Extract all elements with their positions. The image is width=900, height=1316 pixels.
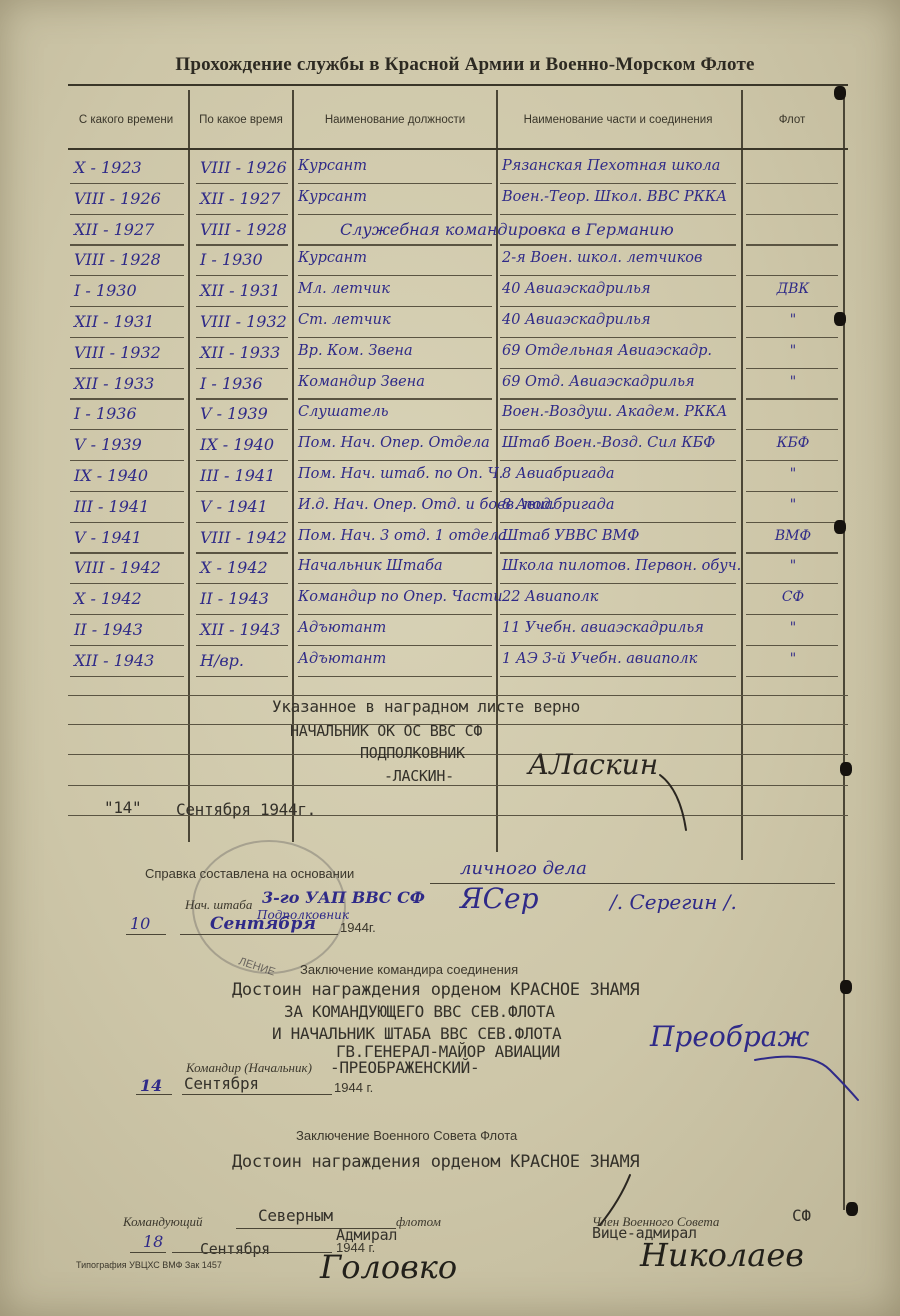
underline (180, 934, 338, 935)
fleet-commander-label: Командующий (123, 1214, 203, 1230)
cell-unit: Воен.-Теор. Школ. ВВС РККА (502, 189, 727, 205)
cell-fleet: " (758, 651, 828, 667)
cell-from: X - 1942 (74, 589, 142, 608)
laskin-signature: АЛаскин (528, 748, 658, 781)
award-sheet-page: Прохождение службы в Красной Армии и Вое… (0, 0, 900, 1316)
column-divider (188, 90, 190, 842)
admiral-signature: Головко (320, 1248, 457, 1286)
row-rule (70, 214, 184, 215)
printer-imprint: Типография УВЦХС ВМФ Зак 1457 (76, 1260, 222, 1270)
cell-unit: Рязанская Пехотная школа (502, 158, 720, 174)
row-rule (500, 429, 736, 430)
cell-unit: 40 Авиаэскадрилья (502, 281, 651, 297)
cell-from: VIII - 1926 (74, 189, 161, 208)
vice-admiral-signature: Николаев (640, 1236, 804, 1274)
commander-date-month: Сентября (184, 1074, 259, 1093)
cell-from: V - 1939 (74, 435, 142, 454)
cell-position: Пом. Нач. 3 отд. 1 отдела (298, 528, 507, 544)
underline (126, 934, 166, 935)
fleet-suffix: флотом (396, 1214, 441, 1230)
cell-to: I - 1936 (200, 374, 263, 393)
row-rule (70, 429, 184, 430)
cell-position: Адъютант (298, 651, 386, 667)
row-rule (196, 583, 288, 584)
row-rule (298, 244, 492, 245)
cell-unit: 69 Отд. Авиаэскадрилья (502, 374, 695, 390)
row-rule (298, 460, 492, 461)
row-rule (746, 460, 838, 461)
row-rule (70, 583, 184, 584)
cell-unit: 11 Учебн. авиаэскадрилья (502, 620, 704, 636)
cell-fleet: ДВК (758, 281, 828, 297)
cell-to: V - 1939 (200, 404, 268, 423)
header-unit: Наименование части и соединения (500, 100, 736, 140)
header-position: Наименование должности (300, 100, 490, 140)
commander-conclusion-line: Достоин награждения орденом КРАСНОЕ ЗНАМ… (232, 980, 639, 1000)
certification-date: Сентября 1944г. (176, 800, 316, 819)
cell-to: XII - 1931 (200, 281, 280, 300)
cell-fleet: " (758, 497, 828, 513)
cell-from: XII - 1933 (74, 374, 154, 393)
row-rule (298, 183, 492, 184)
punch-hole (834, 520, 846, 534)
blank-rule (68, 785, 848, 786)
row-rule (70, 614, 184, 615)
row-rule (500, 244, 736, 245)
cell-to: XII - 1943 (200, 620, 280, 639)
council-member-fleet: СФ (792, 1206, 811, 1225)
row-rule (746, 214, 838, 215)
cell-from: I - 1936 (74, 404, 137, 423)
council-conclusion-label: Заключение Военного Совета Флота (296, 1128, 517, 1143)
row-rule (70, 552, 184, 553)
cell-position: Мл. летчик (298, 281, 390, 297)
row-rule (500, 676, 736, 677)
cell-from: III - 1941 (74, 497, 149, 516)
row-rule (746, 552, 838, 553)
row-rule (196, 645, 288, 646)
row-rule (746, 275, 838, 276)
row-rule (298, 429, 492, 430)
row-rule (298, 306, 492, 307)
cell-to: X - 1942 (200, 558, 268, 577)
commander-name: -ПРЕОБРАЖЕНСКИЙ- (330, 1058, 479, 1077)
row-rule (500, 491, 736, 492)
cell-from: XII - 1931 (74, 312, 154, 331)
row-rule (196, 368, 288, 369)
row-rule (298, 368, 492, 369)
commander-conclusion-label: Заключение командира соединения (300, 962, 518, 977)
row-rule (196, 491, 288, 492)
row-rule (298, 552, 492, 553)
certification-rank: ПОДПОЛКОВНИК (360, 744, 465, 762)
underline (136, 1094, 172, 1095)
fleet-name: Северным (258, 1206, 333, 1225)
row-rule (746, 368, 838, 369)
row-rule (70, 676, 184, 677)
signature-flourish (750, 1040, 860, 1110)
cell-fleet: " (758, 343, 828, 359)
cell-position: Командир по Опер. Части (298, 589, 503, 605)
cell-to: Н/вр. (200, 651, 244, 670)
cell-to: V - 1941 (200, 497, 268, 516)
header-to: По какое время (196, 100, 286, 140)
cell-position: Курсант (298, 189, 367, 205)
row-rule (70, 275, 184, 276)
chief-unit: 3-го УАП ВВС СФ (262, 888, 425, 907)
cell-fleet: СФ (758, 589, 828, 605)
cell-to: VIII - 1926 (200, 158, 287, 177)
reference-date-day: 10 (130, 914, 150, 933)
cell-from: II - 1943 (74, 620, 143, 639)
cell-position: Служебная командировка в Германию (340, 220, 674, 239)
row-rule (500, 614, 736, 615)
cell-fleet: " (758, 620, 828, 636)
row-rule (196, 676, 288, 677)
row-rule (500, 275, 736, 276)
row-rule (70, 522, 184, 523)
row-rule (500, 368, 736, 369)
row-rule (746, 614, 838, 615)
row-rule (298, 275, 492, 276)
cell-to: II - 1943 (200, 589, 269, 608)
commander-conclusion-line: И НАЧАЛЬНИК ШТАБА ВВС СЕВ.ФЛОТА (272, 1024, 561, 1043)
cell-unit: Штаб Воен.-Возд. Сил КБФ (502, 435, 715, 451)
row-rule (746, 491, 838, 492)
cell-to: III - 1941 (200, 466, 275, 485)
row-rule (746, 645, 838, 646)
reference-date-month: Сентября (210, 914, 316, 934)
row-rule (298, 676, 492, 677)
cell-position: Пом. Нач. Опер. Отдела (298, 435, 490, 451)
cell-to: VIII - 1942 (200, 528, 287, 547)
cell-to: VIII - 1928 (200, 220, 287, 239)
row-rule (298, 337, 492, 338)
cell-unit: 8 Авиабригада (502, 497, 615, 513)
certification-name: -ЛАСКИН- (384, 767, 454, 785)
row-rule (196, 306, 288, 307)
row-rule (500, 183, 736, 184)
cell-to: VIII - 1932 (200, 312, 287, 331)
row-rule (196, 460, 288, 461)
cell-position: Курсант (298, 158, 367, 174)
cell-fleet: " (758, 466, 828, 482)
punch-hole (846, 1202, 858, 1216)
council-date-month: Сентября (200, 1240, 270, 1258)
row-rule (298, 398, 492, 399)
row-rule (70, 306, 184, 307)
row-rule (298, 583, 492, 584)
punch-hole (834, 86, 846, 100)
chief-name: /. Серегин /. (610, 890, 737, 914)
commander-conclusion-line: ЗА КОМАНДУЮЩЕГО ВВС СЕВ.ФЛОТА (284, 1002, 555, 1021)
punch-hole (840, 980, 852, 994)
chief-label: Нач. штаба (185, 897, 252, 913)
cell-to: I - 1930 (200, 250, 263, 269)
row-rule (746, 398, 838, 399)
row-rule (196, 244, 288, 245)
cell-unit: 40 Авиаэскадрилья (502, 312, 651, 328)
punch-hole (834, 312, 846, 326)
row-rule (298, 522, 492, 523)
cell-fleet: " (758, 312, 828, 328)
cell-unit: 1 АЭ 3-й Учебн. авиаполк (502, 651, 697, 667)
row-rule (746, 183, 838, 184)
column-divider (741, 90, 743, 860)
header-from: С какого времени (64, 100, 188, 140)
row-rule (298, 214, 492, 215)
row-rule (500, 460, 736, 461)
cell-from: IX - 1940 (74, 466, 148, 485)
row-rule (298, 491, 492, 492)
reference-date-year: 1944г. (340, 920, 376, 935)
cell-position: Ст. летчик (298, 312, 391, 328)
reference-label: Справка составлена на основании (145, 866, 354, 881)
council-conclusion-text: Достоин награждения орденом КРАСНОЕ ЗНАМ… (232, 1152, 639, 1172)
row-rule (70, 244, 184, 245)
underline (130, 1252, 166, 1253)
cell-to: IX - 1940 (200, 435, 274, 454)
row-rule (746, 676, 838, 677)
cell-position: Слушатель (298, 404, 389, 420)
row-rule (196, 214, 288, 215)
cell-from: I - 1930 (74, 281, 137, 300)
cell-fleet: ВМФ (758, 528, 828, 544)
council-date-day: 18 (143, 1232, 163, 1251)
table-top-rule (68, 84, 848, 86)
underline (182, 1094, 332, 1095)
cell-to: XII - 1927 (200, 189, 280, 208)
punch-hole (840, 762, 852, 776)
signature-flourish (640, 770, 700, 840)
cell-from: XII - 1943 (74, 651, 154, 670)
row-rule (196, 614, 288, 615)
cell-to: XII - 1933 (200, 343, 280, 362)
cell-unit: Воен.-Воздуш. Академ. РККА (502, 404, 727, 420)
row-rule (196, 552, 288, 553)
certification-title: НАЧАЛЬНИК ОК ОС ВВС СФ (290, 722, 482, 740)
row-rule (746, 429, 838, 430)
row-rule (298, 614, 492, 615)
row-rule (500, 583, 736, 584)
row-rule (196, 398, 288, 399)
certification-date-day: "14" (104, 798, 141, 817)
row-rule (70, 183, 184, 184)
row-rule (500, 214, 736, 215)
row-rule (298, 645, 492, 646)
cell-unit: Школа пилотов. Первон. обуч. (502, 558, 741, 574)
cell-from: V - 1941 (74, 528, 142, 547)
header-rule (68, 148, 848, 150)
row-rule (70, 368, 184, 369)
row-rule (70, 337, 184, 338)
cell-from: X - 1923 (74, 158, 142, 177)
cell-fleet: " (758, 558, 828, 574)
blank-rule (68, 695, 848, 696)
row-rule (746, 583, 838, 584)
cell-unit: 69 Отдельная Авиаэскадр. (502, 343, 712, 359)
cell-position: Адъютант (298, 620, 386, 636)
cell-from: VIII - 1928 (74, 250, 161, 269)
row-rule (500, 522, 736, 523)
cell-fleet: " (758, 374, 828, 390)
underline (172, 1252, 332, 1253)
row-rule (746, 337, 838, 338)
cell-position: Командир Звена (298, 374, 425, 390)
cell-from: XII - 1927 (74, 220, 154, 239)
row-rule (196, 183, 288, 184)
row-rule (500, 398, 736, 399)
cell-position: Вр. Ком. Звена (298, 343, 413, 359)
row-rule (500, 552, 736, 553)
row-rule (70, 491, 184, 492)
cell-unit: 2-я Воен. школ. летчиков (502, 250, 702, 266)
row-rule (196, 275, 288, 276)
cell-position: Начальник Штаба (298, 558, 443, 574)
cell-unit: Штаб УВВС ВМФ (502, 528, 639, 544)
row-rule (70, 645, 184, 646)
seregin-signature: ЯСер (460, 882, 539, 915)
row-rule (70, 398, 184, 399)
cell-unit: 22 Авиаполк (502, 589, 598, 605)
cell-from: VIII - 1932 (74, 343, 161, 362)
cell-unit: 8 Авиабригада (502, 466, 615, 482)
row-rule (500, 306, 736, 307)
reference-basis: личного дела (460, 858, 587, 879)
row-rule (500, 645, 736, 646)
row-rule (500, 337, 736, 338)
cell-fleet: КБФ (758, 435, 828, 451)
commander-date-day: 14 (140, 1076, 162, 1095)
row-rule (196, 429, 288, 430)
row-rule (196, 522, 288, 523)
row-rule (70, 460, 184, 461)
row-rule (746, 522, 838, 523)
row-rule (746, 306, 838, 307)
certification-line: Указанное в наградном листе верно (272, 697, 580, 716)
row-rule (746, 244, 838, 245)
cell-position: Пом. Нач. штаб. по Оп. Ч. (298, 466, 503, 482)
row-rule (196, 337, 288, 338)
header-fleet: Флот (746, 100, 838, 140)
cell-from: VIII - 1942 (74, 558, 161, 577)
cell-position: Курсант (298, 250, 367, 266)
page-title: Прохождение службы в Красной Армии и Вое… (0, 54, 900, 76)
commander-date-year: 1944 г. (334, 1080, 373, 1095)
